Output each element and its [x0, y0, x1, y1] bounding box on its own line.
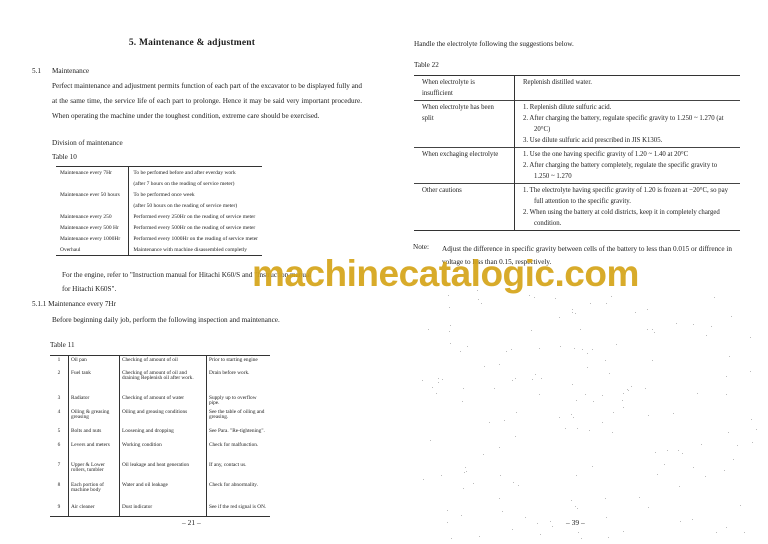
table-row: 2Fuel tankChecking of amount of oil and … [50, 369, 270, 394]
maintenance-description: (after 7 hours on the reading of service… [129, 178, 262, 189]
table-11: 1Oil panChecking of amount of oilPrior t… [50, 355, 270, 517]
section-title: Maintenance [52, 67, 89, 75]
note-text: Adjust the difference in specific gravit… [442, 243, 742, 269]
inspection-item: Levers and meters [69, 441, 120, 461]
row-number: 9 [50, 503, 69, 517]
electrolyte-condition: When exchaging electrolyte [414, 148, 515, 184]
step-item: 3. Use dilute sulfuric acid prescribed i… [523, 135, 732, 146]
subsection-title: 5.1.1 Maintenance every 7Hr [32, 300, 116, 308]
table-22: When electrolyte is insufficientReplenis… [414, 75, 740, 231]
electrolyte-steps: 1. The electrolyte having specific gravi… [515, 184, 741, 231]
table-row: 7Upper & Lower rollers, tumblerOil leaka… [50, 461, 270, 481]
table-11-label: Table 11 [50, 341, 75, 349]
maintenance-description: Performed every 500Hr on the reading of … [129, 222, 262, 233]
table-row: Other cautions1. The electrolyte having … [414, 184, 740, 231]
maintenance-interval: Maintenance every 500 Hr [56, 222, 129, 233]
step-item: 2. When using the battery at cold distri… [523, 207, 732, 229]
inspection-item: Radiator [69, 394, 120, 408]
engine-note-line-1: For the engine, refer to "Instruction ma… [62, 271, 311, 279]
electrolyte-condition: When electrolyte has been split [414, 101, 515, 148]
inspection-item: Fuel tank [69, 369, 120, 394]
maintenance-paragraph: Perfect maintenance and adjustment permi… [52, 79, 362, 124]
inspection-item: Upper & Lower rollers, tumbler [69, 461, 120, 481]
table-row: Maintenance ever 50 hoursTo be performed… [56, 189, 262, 200]
page-number-right: – 39 – [566, 518, 585, 527]
electrolyte-steps: 1. Replenish dilute sulfuric acid.2. Aft… [515, 101, 741, 148]
electrolyte-condition: Other cautions [414, 184, 515, 231]
table-row: When exchaging electrolyte1. Use the one… [414, 148, 740, 184]
maintenance-interval: Maintenance every 7Hr [56, 167, 129, 179]
inspection-check: Oiling and greasing conditions [120, 408, 207, 427]
inspection-item: Oiling & greasing greasing [69, 408, 120, 427]
page-number-left: – 21 – [182, 518, 201, 527]
table-10: Maintenance every 7HrTo be perfomed befo… [56, 166, 262, 256]
inspection-action: Prior to starting engine [207, 356, 271, 370]
table-row: 8Each portion of machine bodyWater and o… [50, 481, 270, 503]
table-row: Maintenance every 7HrTo be perfomed befo… [56, 167, 262, 179]
electrolyte-intro: Handle the electrolyte following the sug… [414, 40, 574, 48]
inspection-check: Water and oil leakage [120, 481, 207, 503]
maintenance-description: Maintenance with machine disassembled co… [129, 244, 262, 256]
inspection-action: Check for malfunction. [207, 441, 271, 461]
inspection-check: Checking of amount of water [120, 394, 207, 408]
maintenance-description: Performed every 1000Hr on the reading of… [129, 233, 262, 244]
table-22-label: Table 22 [414, 61, 439, 69]
inspection-action: See the table of oiling and greasing. [207, 408, 271, 427]
maintenance-description: Performed every 250Hr on the reading of … [129, 211, 262, 222]
table-row: When electrolyte is insufficientReplenis… [414, 76, 740, 101]
table-row: When electrolyte has been split1. Replen… [414, 101, 740, 148]
table-row: 9Air cleanerDust indicatorSee if the red… [50, 503, 270, 517]
maintenance-description: To be performed once week [129, 189, 262, 200]
maintenance-interval: Maintenance every 250 [56, 211, 129, 222]
note-label: Note: [413, 243, 429, 251]
inspection-item: Air cleaner [69, 503, 120, 517]
division-label: Division of maintenance [52, 139, 123, 147]
inspection-action: See Para. "Re-tightening". [207, 427, 271, 441]
table-row: (after 50 hours on the reading of servic… [56, 200, 262, 211]
maintenance-interval [56, 200, 129, 211]
inspection-action: If any, contact us. [207, 461, 271, 481]
inspection-check: Oil leakage and heat generation [120, 461, 207, 481]
chapter-title: 5. Maintenance & adjustment [0, 38, 384, 48]
step-item: 2. After charging the battery completely… [523, 160, 732, 182]
electrolyte-steps: 1. Use the one having specific gravity o… [515, 148, 741, 184]
engine-note-line-2: for Hitachi K60S". [62, 285, 116, 293]
table-row: 1Oil panChecking of amount of oilPrior t… [50, 356, 270, 370]
inspection-check: Checking of amount of oil [120, 356, 207, 370]
inspection-action: Supply up to overflow pipe. [207, 394, 271, 408]
step-item: 1. Replenish dilute sulfuric acid. [523, 102, 732, 113]
electrolyte-condition: When electrolyte is insufficient [414, 76, 515, 101]
row-number: 5 [50, 427, 69, 441]
section-number: 5.1 [32, 67, 41, 75]
inspection-item: Oil pan [69, 356, 120, 370]
row-number: 6 [50, 441, 69, 461]
inspection-item: Each portion of machine body [69, 481, 120, 503]
inspection-check: Working condition [120, 441, 207, 461]
table-row: Maintenance every 250Performed every 250… [56, 211, 262, 222]
table-row: Maintenance every 500 HrPerformed every … [56, 222, 262, 233]
table-row: OverhaulMaintenance with machine disasse… [56, 244, 262, 256]
table-row: 5Bolts and nutsLoosening and droppingSee… [50, 427, 270, 441]
table-row: 3RadiatorChecking of amount of waterSupp… [50, 394, 270, 408]
maintenance-interval: Maintenance every 1000Hr [56, 233, 129, 244]
maintenance-interval: Overhaul [56, 244, 129, 256]
inspection-action: Drain before work. [207, 369, 271, 394]
table-row: 6Levers and metersWorking conditionCheck… [50, 441, 270, 461]
step-item: 1. The electrolyte having specific gravi… [523, 185, 732, 207]
row-number: 1 [50, 356, 69, 370]
inspection-action: Check for abnormality. [207, 481, 271, 503]
row-number: 2 [50, 369, 69, 394]
maintenance-interval: Maintenance ever 50 hours [56, 189, 129, 200]
maintenance-interval [56, 178, 129, 189]
maintenance-description: To be perfomed before and after everday … [129, 167, 262, 179]
left-page: 5. Maintenance & adjustment 5.1 Maintena… [0, 0, 384, 544]
inspection-check: Dust indicator [120, 503, 207, 517]
row-number: 7 [50, 461, 69, 481]
step-item: 2. After charging the battery, regulate … [523, 113, 732, 135]
step-item: Replenish distilled water. [523, 77, 732, 88]
inspection-item: Bolts and nuts [69, 427, 120, 441]
step-item: 1. Use the one having specific gravity o… [523, 149, 732, 160]
inspection-check: Checking of amount of oil and draining R… [120, 369, 207, 394]
inspection-check: Loosening and dropping [120, 427, 207, 441]
row-number: 3 [50, 394, 69, 408]
maintenance-description: (after 50 hours on the reading of servic… [129, 200, 262, 211]
row-number: 4 [50, 408, 69, 427]
inspection-action: See if the red signal is ON. [207, 503, 271, 517]
table-row: 4Oiling & greasing greasingOiling and gr… [50, 408, 270, 427]
table-row: (after 7 hours on the reading of service… [56, 178, 262, 189]
electrolyte-steps: Replenish distilled water. [515, 76, 741, 101]
subsection-intro: Before beginning daily job, perform the … [52, 316, 280, 324]
row-number: 8 [50, 481, 69, 503]
table-row: Maintenance every 1000HrPerformed every … [56, 233, 262, 244]
table-10-label: Table 10 [52, 153, 77, 161]
